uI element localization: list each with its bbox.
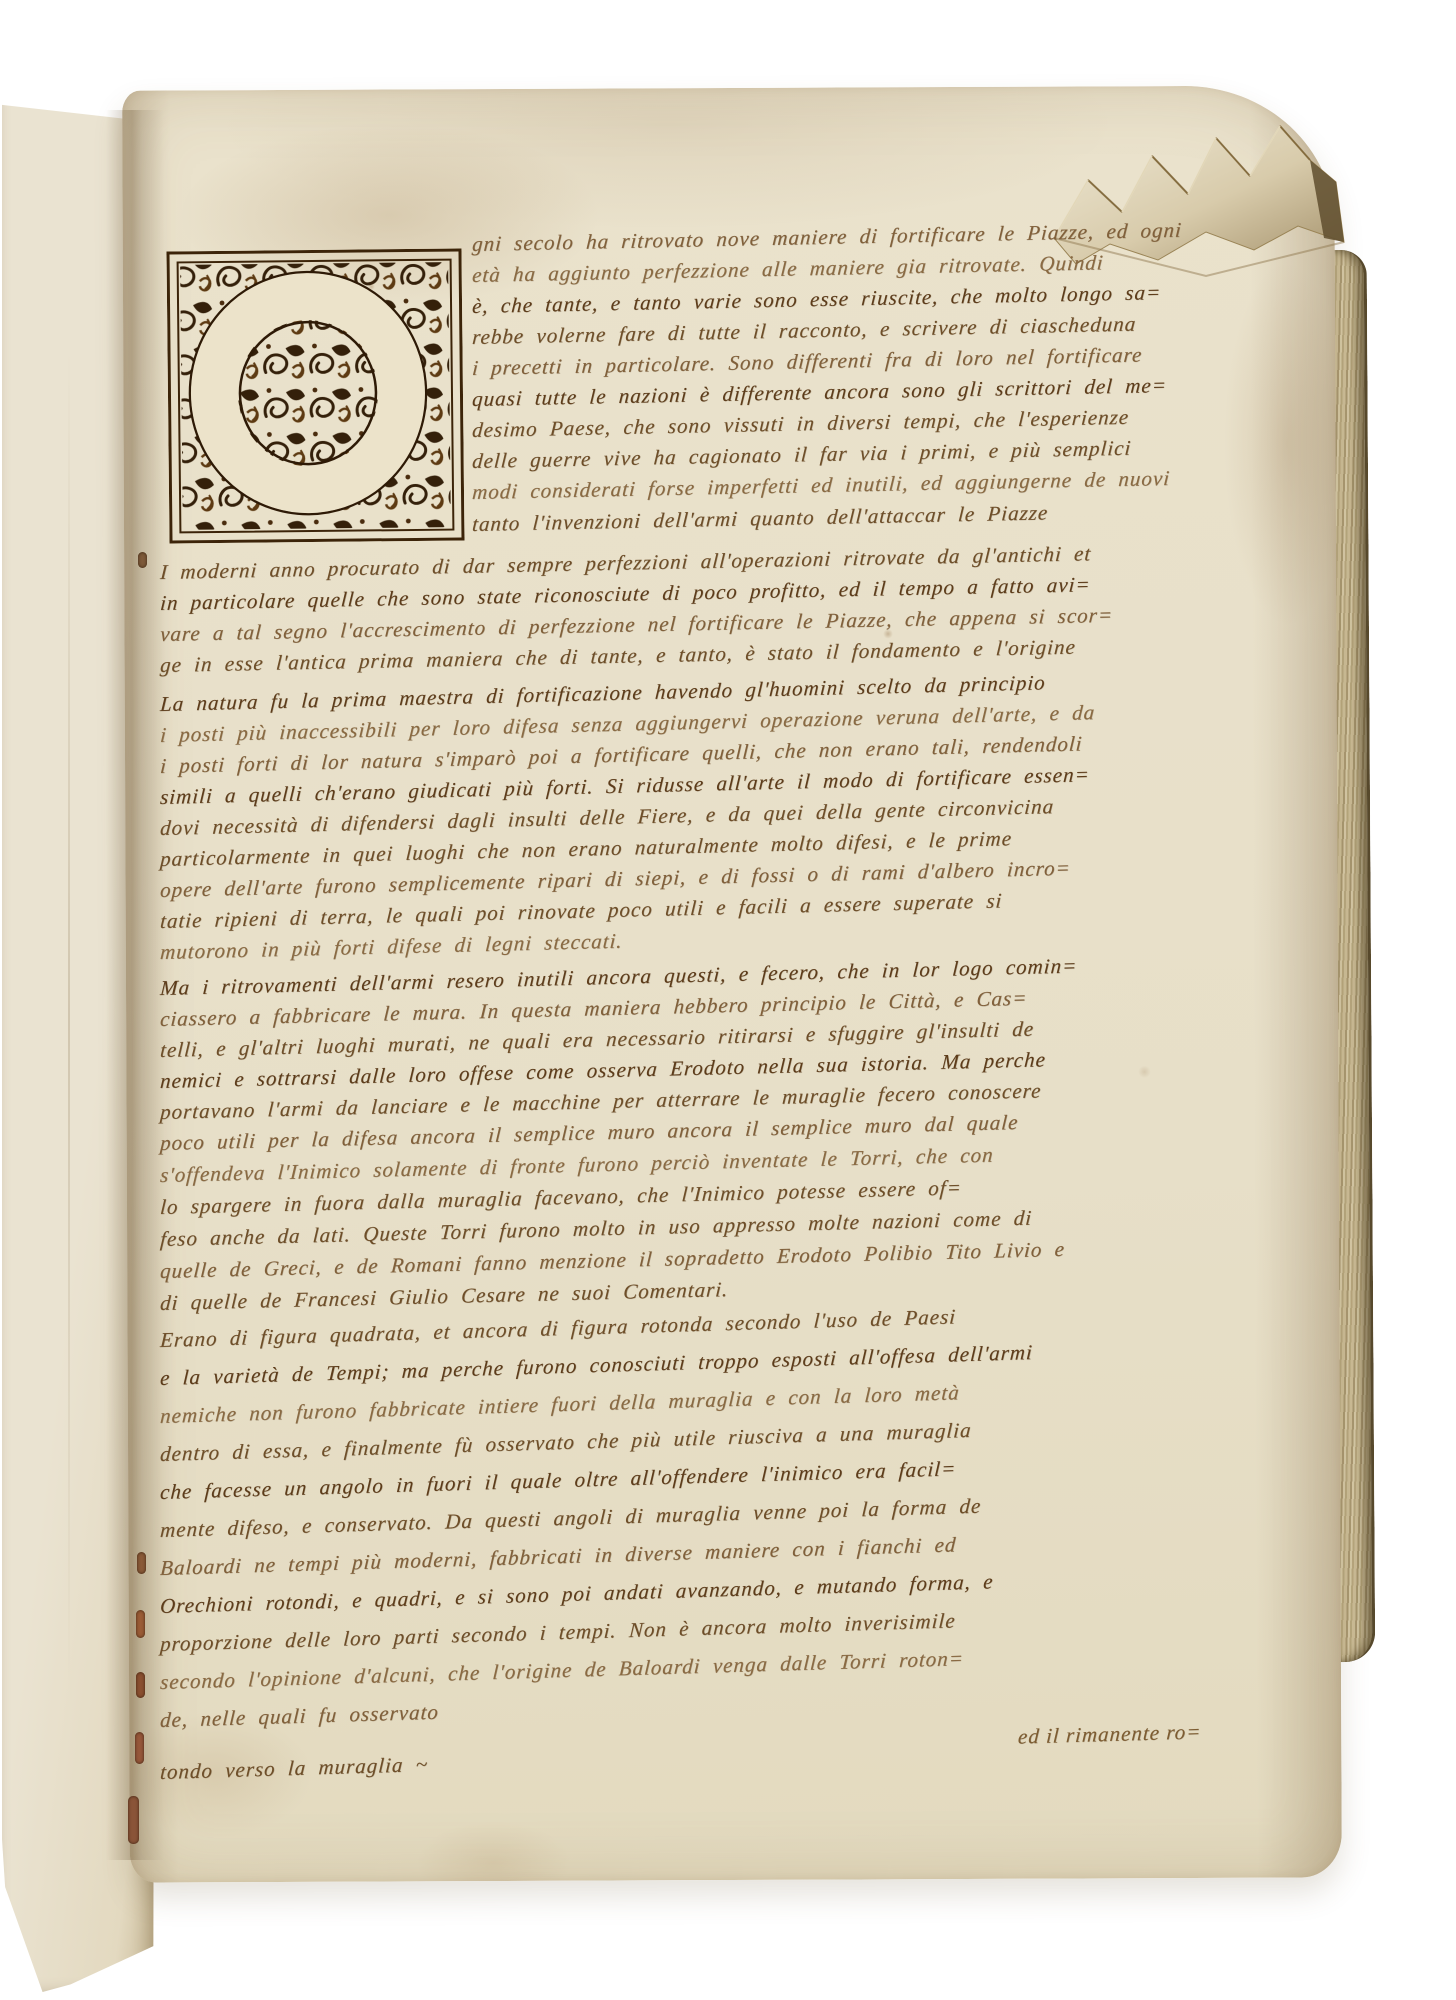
manuscript-line: secondo l'opinione d'alcuni, che l'origi… bbox=[159, 1646, 964, 1695]
binding-stitch bbox=[135, 1732, 144, 1764]
manuscript-photo: O gni secolo ha ritrovato nove maniere d bbox=[0, 0, 1456, 2000]
binding-stitch bbox=[128, 1796, 139, 1844]
manuscript-line: mutorono in più forti difese di legni st… bbox=[159, 929, 623, 965]
binding-stitch bbox=[136, 1610, 145, 1638]
catchword-fragment: ed il rimanente ro= bbox=[1017, 1719, 1202, 1749]
manuscript-line: tondo verso la muraglia ~ bbox=[159, 1752, 428, 1785]
manuscript-line: di quelle de Francesi Giulio Cesare ne s… bbox=[159, 1277, 729, 1316]
binding-stitch bbox=[138, 552, 147, 568]
manuscript-line: tanto l'invenzioni dell'armi quanto dell… bbox=[471, 500, 1049, 537]
binding-stitch bbox=[136, 1672, 145, 1698]
binding-stitch bbox=[137, 1552, 146, 1574]
handwritten-text-block: gni secolo ha ritrovato nove maniere di … bbox=[0, 0, 1456, 2000]
manuscript-line: de, nelle quali fu osservato bbox=[159, 1700, 439, 1733]
